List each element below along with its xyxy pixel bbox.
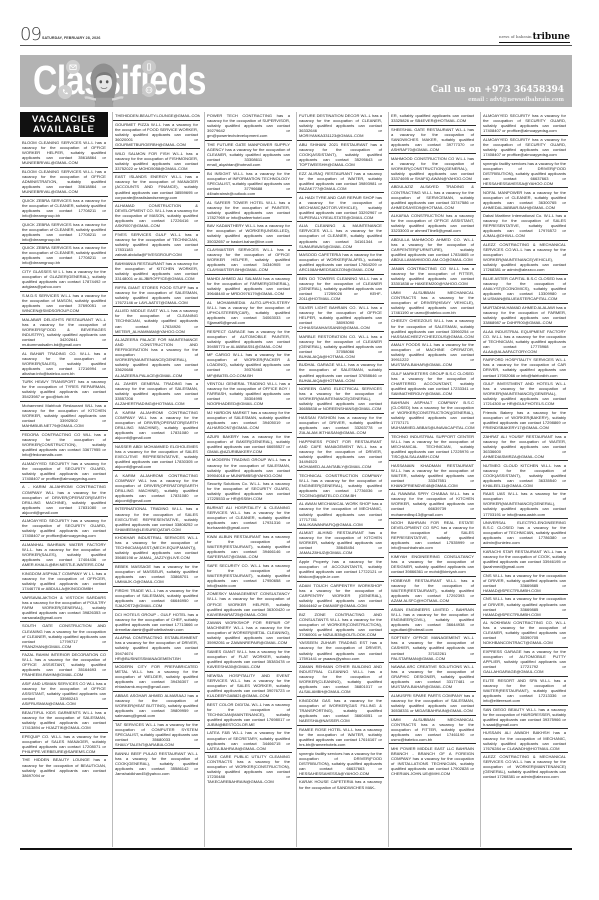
classified-ad: ZAWAN WORKSHOP FOR REPAIR OF MACHINERY W… xyxy=(205,619,292,648)
classified-ad: RAAS UAS W.L.L has a vacancy for the occ… xyxy=(481,490,568,519)
advert-email: email : advt@newsofbahrain.com xyxy=(468,97,564,103)
classified-ad: ALJAZEERA PALACE FOR MAINTENANCE AND CON… xyxy=(113,336,200,380)
classified-ad: A KARIM ALJAHROMI CONTRACTING COMPANY WL… xyxy=(113,409,200,443)
classified-ad: AL NOKHBAN CONTRACTING CO. W.L.L has a v… xyxy=(481,619,568,648)
classified-ad: MHI POWER MIDDLE EAST LLC BAHRAIN BRANCH… xyxy=(389,744,476,777)
call-number: Call us on +973 36458394 xyxy=(431,85,564,95)
classified-ad: MF CARGO W.L.L has a vacancy for the occ… xyxy=(205,351,292,380)
classified-ad: CITY GLASSES W L L has a vacancy for the… xyxy=(20,268,108,292)
classified-ad: KWAI ALBUN RESTAURANT has a vacancy for … xyxy=(205,533,292,562)
classified-ad: TURK HEAVY TRANSPORT has a vacancy for t… xyxy=(20,378,108,402)
classified-ad: ABU SHIHANI 2021 RESTAURANT has a vacanc… xyxy=(297,141,384,170)
classified-ad: ALKAFAA CONSTRUCTION has a vacancy for t… xyxy=(389,212,476,236)
page-number: 09 xyxy=(20,26,41,44)
classified-ad: HOBBYAR RESTAURANT W.L.L has a vacancy f… xyxy=(389,577,476,606)
classified-ad: B4 INSIGHT W.L.L has a vacancy for the o… xyxy=(205,170,292,199)
brand-prefix: news of bahrain xyxy=(499,34,532,39)
classified-ad: SOFTKEY OFFICE MANAGEMENT W.L.L has a va… xyxy=(389,634,476,663)
classified-ad: ABBAS ASGHAR AHMED ALMARAAJ has a vacanc… xyxy=(113,692,200,721)
classified-ad: ALMOAYYED SECURITY has a vacancy for the… xyxy=(481,136,568,160)
classified-ad: BLOOM CLEANING SERVICES W.L.L has a vaca… xyxy=(20,139,108,168)
classified-ad: GULF INVESTMENT AND HOTELS W.L.L has a v… xyxy=(481,380,568,409)
classified-ad: HASSAN FASHION has a vacancy for the occ… xyxy=(297,414,384,438)
classified-ad: KHOKHAR INDUSTRIAL SERVICES W.L.L has a … xyxy=(113,534,200,563)
classified-ad: AL ZAHER GENERAL TRADING has a vacancy f… xyxy=(113,380,200,409)
classified-ad: FEDORA CONTRACTING CO WLL has a vacancy … xyxy=(20,431,108,460)
classified-ad: AL SAFEER TOWER HOTEL W.L.L has a vacanc… xyxy=(205,198,292,222)
classified-ad: GULF MARKETERS GROUP B.S.C CLOSED has a … xyxy=(389,370,476,399)
classified-ad: AMALY FOODS W.L.L has a vacancy for the … xyxy=(389,341,476,370)
classified-ad: MURTADHA HAMAD AHMED ALALAWI has a vacan… xyxy=(481,304,568,328)
masthead: 09 SATURDAY, FEBRUARY 28, 2026 news of b… xyxy=(20,26,572,46)
classified-ad: NASSER ABDI MOHAMMED ELGHOLEMES has a va… xyxy=(113,443,200,472)
classified-ad: AL BAHAR TRADING CO. W.L.L has a vacancy… xyxy=(20,349,108,378)
classified-ad: POWER TECH CONTRACTING has a vacancy for… xyxy=(205,112,292,141)
classified-ad: UNIVERSAL ELECTRO-ENGINEERING B.S.C CLOS… xyxy=(481,519,568,548)
classified-ad: QUICK ZEBRA SERVICES has a vacancy for t… xyxy=(20,220,108,244)
classified-ad: YASSEEN ZUHAIR TRADING EST has a vacancy… xyxy=(297,639,384,663)
brand-name: tribune xyxy=(533,32,570,42)
classified-ad: A - KARIM ALJAHROMI CONTRACTING COMPANY … xyxy=(20,483,108,517)
classified-ad: EXPRESS GARAGE has a vacancy for the occ… xyxy=(481,648,568,677)
classified-ad: NOOH BAHRAIN FOR REAL ESTATE DEVELOPMENT… xyxy=(389,519,476,553)
classified-ad: THE HIDDEN BEAUTY LOUNGE has a vacancy f… xyxy=(20,756,108,779)
classified-ad: ELITE RESORT AND SPA W.L.L has a vacancy… xyxy=(481,677,568,706)
classified-ad: BEST COLOR DIGITAL W.L.L has a vacancy f… xyxy=(205,700,292,729)
classified-ad: ADAM TOUCH CARPENTRY WORKSHOP has a vaca… xyxy=(297,582,384,611)
classified-ad: RIFFA GIANT STORES FOOD STUFF has a vaca… xyxy=(113,283,200,307)
classified-ad: ZOMESKY MANAGEMENT CONSULTANCY W.L.L has… xyxy=(205,590,292,619)
classified-ad: ALHAMAD CONSTRUCTION & DEVELOPMENT CO. W… xyxy=(113,202,200,231)
classified-ad: MALABAR DELIGHTS RESTAURANT W.L.L has a … xyxy=(20,315,108,349)
classified-ad: EZZ ALIRAQ RESTAURANT has a vacancy for … xyxy=(297,170,384,194)
classified-ad: ASIAN ENGINEERS LIMITED - BAHRAIN W.L.L … xyxy=(389,605,476,634)
classified-ad: SILVER LIGHT BAHRAIN CO. W.L.L has a vac… xyxy=(297,304,384,333)
issue-date: SATURDAY, FEBRUARY 28, 2026 xyxy=(42,36,100,40)
classified-ad: ZAHRAT ALI YOUSIF RESTAURANT has a vacan… xyxy=(481,433,568,462)
classified-ad: CLAYMASTER SERVICES W.L.L has a vacancy … xyxy=(205,246,292,275)
classified-ad: BANNU BEEF PULAO RESTAURANT W.L.L has a … xyxy=(113,749,200,777)
globe-icon xyxy=(142,83,156,97)
classified-ad: BEN DO TOWERS CLEANING W.L.L has a vacan… xyxy=(297,275,384,304)
classified-ad: QUICK ZEBRA SERVICES has a vacancy for t… xyxy=(20,197,108,221)
classified-ad: KIMIYAH ENGINEERING CONSULTANCY has a va… xyxy=(389,553,476,577)
classified-ad: THE FUTURE GATE MANPOWER SUPPLY AGENCY h… xyxy=(205,141,292,170)
classified-ad: GOURMET PIZZA W.L.L has a vacancy for th… xyxy=(113,121,200,150)
classified-ad: AL HADI TYRE AND CAR REPAIR SHOP has a v… xyxy=(297,193,384,222)
classified-ad: KINGDOM GAS has a vacancy for the occupa… xyxy=(297,697,384,726)
classified-ad: synergic facility services has a vacancy… xyxy=(481,160,568,189)
classified-ad: FAIRFORD HOSPITALITY SERVICES W.L.L has … xyxy=(481,356,568,380)
classified-ad: Friends Bakery has a vacancy for the occ… xyxy=(481,409,568,433)
classified-ad: LATEA F&B W.L.L has a vacancy for the oc… xyxy=(205,729,292,753)
classified-ad: BLUE ASTER CAPITAL B.S.C CLOSED has a va… xyxy=(481,275,568,304)
classified-ad: ALMOAYYED SECURITY has a vacancy for the… xyxy=(20,517,108,541)
classified-ad: BAHMANIA RESTAURANT has a vacancy for th… xyxy=(113,260,200,284)
column-5: ER, suitably qualified applicants can co… xyxy=(388,112,476,847)
column-2: THEHIDDEN.BEAUTY.LOUNGE@GMAIL.COMGOURMET… xyxy=(112,112,200,847)
classified-ad: CNS W.L.L has a vacancy for the occupati… xyxy=(481,572,568,596)
classified-ad: NEWSIA HOSPITALITY AND EVENT SERVICES W.… xyxy=(205,672,292,701)
classified-ad: SAFE SECURITY CO. W.L.L has a vacancy fo… xyxy=(205,561,292,590)
classified-ad: HAPPINESS POINT FOR RESTAURANT AND CAFE … xyxy=(297,438,384,472)
classified-ad: BUDHAL GARAGE W.L.L has a vacancy for th… xyxy=(297,361,384,385)
classified-ad: M MODERN TRADING GROUP W.L.L has a vacan… xyxy=(205,456,292,480)
mascot-illustration xyxy=(80,61,128,107)
classified-ad: ZAMAN REHMAN OTHER BUILDING AND INDUSTRI… xyxy=(297,663,384,697)
classified-ad: NOFAL MANPOWER has a vacancy for the occ… xyxy=(481,188,568,212)
classified-ad: EAST ISLANDS ENERGY W.L.L has a vacancy … xyxy=(113,173,200,202)
classified-ad: BAV KADANTHERY W.L.L has a vacancy for t… xyxy=(205,222,292,246)
classified-ad: Apple Property has a vacancy for the occ… xyxy=(297,558,384,582)
classified-listings: VACANCIES AVAILABLE BLOOM CLEANING SERVI… xyxy=(20,112,572,850)
classified-ad: ALMADYYED SECURITY has a vacancy for the… xyxy=(20,460,108,484)
classified-ad: UMM ALSUBBAN MECHANICAL CONTRACTS has a … xyxy=(389,716,476,745)
classified-ad: SOUTH GATE CONSTRUCTION AND CLEANING has… xyxy=(20,622,108,651)
classified-ad: BEBEK MASSAGE has a vacancy for the occu… xyxy=(113,563,200,587)
classified-ad: RAMEE ROSE HOTEL W.L.L has a vacancy for… xyxy=(297,726,384,750)
classified-ad: ALEZZ CONTRACTING & MECHANICAL SERVICES … xyxy=(481,753,568,781)
classified-ad: ALMOAYYED SECURITY has a vacancy for the… xyxy=(481,112,568,136)
classified-ad: FAZAL RAHIM INTERIOR DECORATION CO W.L.L… xyxy=(20,651,108,680)
classified-ad: CNS W.L.L has a vacancy for the occupati… xyxy=(481,595,568,619)
classified-ad: HASSANAIN KHADMAN RESTAURANT W.L.L has a… xyxy=(389,461,476,490)
classified-ad: ER, suitably qualified applicants can co… xyxy=(389,112,476,126)
classified-ad: BAHRAIN ASPHALT COMPANY B.S.C (CLOSED) h… xyxy=(389,399,476,433)
classified-ad: ABDULLA MAHMOOD AHMED CO. W.L.L has a va… xyxy=(389,236,476,265)
column-6: ALMOAYYED SECURITY has a vacancy for the… xyxy=(480,112,568,847)
column-1: VACANCIES AVAILABLE BLOOM CLEANING SERVI… xyxy=(20,112,108,847)
classified-ad: CHEEZY CHEEZOUS W.L.L has a vacancy for … xyxy=(389,317,476,341)
classified-ad: QUICK ZEBRA SERVICES has a vacancy for t… xyxy=(20,244,108,268)
brand-logo: news of bahraintribune xyxy=(499,32,570,43)
classified-ad: MAHMOOD CONSTRUCTION CO W.L.L has a vaca… xyxy=(389,154,476,183)
classified-ad: Dabal Maritime International Co. W.L.L h… xyxy=(481,212,568,241)
classified-ad: MJ HARDON MARKET has a vacancy for the o… xyxy=(205,409,292,433)
classified-ad: NUTMEG CLOUD KITCHEN W.L.L has a vacancy… xyxy=(481,461,568,490)
classifieds-banner: Classifieds Call us on +973 36458394 ema… xyxy=(20,55,572,107)
classified-ad: ALIA CLEANING & MAINTENANCE SERVICES W.L… xyxy=(297,222,384,251)
classified-ad: ALMANHAL BAHRAIN WATER FACTORY W.L.L. ha… xyxy=(20,541,108,570)
classified-ad: MODERN CITY FOR PREFABRICATED METAL W.L.… xyxy=(113,663,200,692)
classified-ad: BLOOM CLEANING SERVICES W.L.L has a vaca… xyxy=(20,168,108,197)
classified-ad: BEAUTIFUL KIDS GARMENTS W.L.L has a vaca… xyxy=(20,709,108,733)
classified-ad: AZURI BAKERY has a vacancy for the occup… xyxy=(205,433,292,457)
classified-ad: AL RAWABA SPRY CHABAA W.L.L has a vacanc… xyxy=(389,490,476,519)
classified-ad: HUSSAIN ALI AWADH BAKHSH has a vacancy f… xyxy=(481,729,568,753)
vacancies-header: VACANCIES AVAILABLE xyxy=(20,112,108,137)
mobile-icon xyxy=(142,60,156,74)
classified-ad: NAWAA ARC CREATIVE SOLUTIONS W.L.L has a… xyxy=(389,663,476,692)
classified-ad: TECHNO INDUSTRIAL SUPPORT CENTER W.L.L h… xyxy=(389,433,476,462)
classified-ad: NOREEN GARG ELECTRICAL SERVICES has a va… xyxy=(297,385,384,414)
classified-ad: JANAN CONTRACTING CO W.L.L has a vacancy… xyxy=(389,265,476,289)
classified-ad: INTERNATIONAL TRADING W.L.L has a vacanc… xyxy=(113,505,200,534)
classified-ad: ALAFNA CONTRACTING ESTABLISHMENT has a v… xyxy=(113,634,200,663)
classified-ad: VARSAVALAKTICH & VISTOCH SARDARS has a v… xyxy=(20,593,108,622)
classified-ad: KARACHI STAR RESTAURANT W.L.L has a vaca… xyxy=(481,548,568,572)
classified-ad: KINGDOM ASPHALT COMPANY W L L has a vaca… xyxy=(20,570,108,594)
classified-ad: ALAA INDUSTRIAL EQUIPMENT FACTORY CO. W.… xyxy=(481,327,568,356)
classified-ad: Security Solutions Co. W.L.L. has a vaca… xyxy=(205,480,292,504)
classified-ad: FIVES SERVICES GULF W.L.L has a vacancy … xyxy=(113,231,200,260)
classified-ad: Mohammed Mahfoub Restaurant WLL has a va… xyxy=(20,402,108,431)
classified-ad: FIRDHI TRADE W.L.L has a vacancy for the… xyxy=(113,587,200,611)
classified-ad: AL MOHAMMEDIA AUTO-UPHOLSTERY W.L.L has … xyxy=(205,299,292,328)
classified-ad: RESPECT GARAGE has a vacancy for the occ… xyxy=(205,327,292,351)
classified-ad: SHEESHAL GATE RESTAURANT W.L.L has a vac… xyxy=(389,126,476,155)
classified-ad: FUTURE DESTINATION DECOR W.L.L has a vac… xyxy=(297,112,384,141)
classified-ad: TAT SERVICES W.L.L has a vacancy for the… xyxy=(113,721,200,750)
classified-ad: MARBLE RESTORATION CO. W.L.L has a vacan… xyxy=(297,332,384,361)
classified-ad: synergic facility services has a vacancy… xyxy=(297,749,384,778)
classified-ad: UMM ALSUBBAN MECHANICAL CONTRACTS has a … xyxy=(389,288,476,317)
classified-ad: MASOOD CAFETERIA has a vacancy for the o… xyxy=(297,251,384,275)
classified-ad: SAMES GIANT W.L.L has a vacancy for the … xyxy=(205,648,292,672)
column-3: POWER TECH CONTRACTING has a vacancy for… xyxy=(204,112,292,847)
column-4: FUTURE DESTINATION DECOR W.L.L has a vac… xyxy=(296,112,384,847)
classified-ad: ALMIAT ALHIND RESTAURANT has a vacancy f… xyxy=(297,529,384,558)
classified-ad: ABDULAZIZ ALSAYED TRADING & CONTRACTING … xyxy=(389,183,476,212)
classified-ad: DCI HOTELS GROUP - GULF HOTEL has a vaca… xyxy=(113,610,200,634)
classified-ad: TAKE CARE PUBLIC UTILITY CLEANING CONTRA… xyxy=(205,753,292,786)
classified-ad: TECHNICAL CONSTRUCTION COMPANY W.L.L has… xyxy=(297,471,384,500)
classified-ad: BIZ ZONE CONTRACTING AND CONSULTANTS W.L… xyxy=(297,610,384,639)
classified-ad: KARAK HOUSE CAFETERIA has a vacancy for … xyxy=(297,778,384,791)
classified-ad: AL AWAN MECHANICAL WORK SHOP has a vacan… xyxy=(297,500,384,529)
classified-ad: ASIF AND USMAN SERVICES CO WLL has a vac… xyxy=(20,680,108,709)
classified-ad: VENTOLI GENERAL TRADING W.L.L has a vaca… xyxy=(205,380,292,409)
classified-ad: ALLIED MIDDLE EAST W.L.L has a vacancy f… xyxy=(113,307,200,336)
classified-ad: ALMUSFRI SPARE PARTS COMPANY has a vacan… xyxy=(389,692,476,716)
classified-ad: SAN DIEGO BEAUTY W.L.L has a vacancy for… xyxy=(481,706,568,730)
classified-ad: WILD SALMON FOR FISH W.L.L has a vacancy… xyxy=(113,149,200,173)
classified-ad: BURHAT ALI HOSPITALITY & CLEANING SERVIC… xyxy=(205,504,292,533)
classified-ad: A KARIM ALJAHROMI CONTRACTING COMPANY WL… xyxy=(113,471,200,505)
classified-ad: EPEQUIP CO. W.L.L has a vacancy for the … xyxy=(20,733,108,757)
classified-ad: THEHIDDEN.BEAUTY.LOUNGE@GMAIL.COM xyxy=(113,112,200,121)
phone-icon xyxy=(58,85,72,99)
classified-ad: ALEZZ CONTRACTING & MECHANICAL SERVICES … xyxy=(481,241,568,275)
classified-ad: S.M.D.S SERVICES W.L.L has a vacancy for… xyxy=(20,292,108,316)
classified-ad: MAHDI AHMED ALI SALMAN has a vacancy for… xyxy=(205,275,292,299)
email-icon xyxy=(66,60,80,74)
